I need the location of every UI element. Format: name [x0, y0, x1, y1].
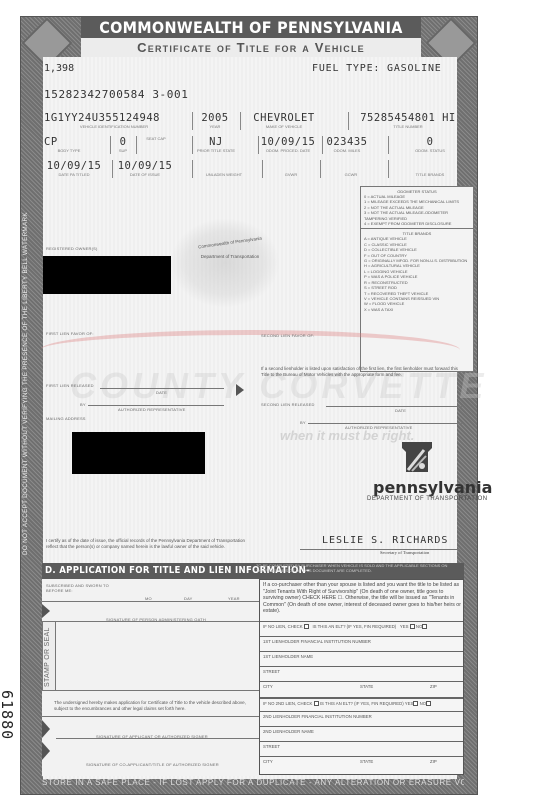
document-number: 15282342700584 3-001: [44, 88, 188, 101]
sup-field: 0 Sup: [112, 136, 134, 153]
side-warning: DO NOT ACCEPT DOCUMENT WITHOUT VERIFYING…: [22, 539, 29, 555]
certification-text: I certify as of the date of issue, the o…: [46, 538, 254, 549]
sign-here-arrow-icon: [42, 604, 50, 618]
first-elt-yes-checkbox[interactable]: [410, 624, 415, 629]
odometer-status-item: 4 = Exempt from Odometer Disclosure: [364, 221, 470, 226]
stamp-box: [56, 621, 259, 691]
second-street-field[interactable]: STREET: [260, 741, 463, 756]
state-seal-watermark: [170, 218, 280, 308]
dealer-slogan-watermark: when it must be right.: [280, 428, 414, 443]
coapplicant-sign-arrow-icon: [42, 742, 50, 760]
control-number: 1,398: [44, 63, 74, 74]
first-city-state-zip-row[interactable]: CITY STATE ZIP: [260, 681, 463, 696]
coapplicant-signature-label: Signature of Co-Applicant/Title of Autho…: [86, 762, 219, 767]
applicant-statement: The undersigned hereby makes application…: [54, 700, 254, 711]
year-field: 2005 Year: [196, 112, 234, 129]
second-fin-field[interactable]: 2ND LIENHOLDER FINANCIAL INSTITUTION NUM…: [260, 711, 463, 726]
sworn-label: Subscribed and Sworn to before me:: [46, 583, 126, 593]
registered-owners-label: Registered Owner(s): [46, 246, 98, 251]
vin-field: 1G1YY24U355124948 Vehicle Identification…: [44, 112, 184, 129]
redacted-owner-name: [43, 256, 171, 294]
second-lien-released-label: Second Lien Released: [261, 402, 315, 407]
second-lien-by-label: By: [300, 420, 306, 425]
second-elt-no-checkbox[interactable]: [426, 701, 431, 706]
applicant-sign-arrow-icon: [42, 720, 50, 738]
document-title: COMMONWEALTH OF PENNSYLVANIA: [81, 17, 421, 38]
survivorship-text: If a co-purchaser other than your spouse…: [263, 582, 461, 615]
second-city-state-zip-row[interactable]: CITY STATE ZIP: [260, 756, 463, 775]
second-lien-date-label: Date: [395, 408, 406, 413]
date-of-issue-field: 10/09/15 Date of Issue: [114, 160, 176, 177]
second-lien-authorized-rep-label: Authorized Representative: [345, 425, 413, 430]
first-street-field[interactable]: STREET: [260, 666, 463, 681]
first-lien-favor-label: First Lien Favor Of:: [46, 331, 94, 336]
odometer-status-item: 3 = Not the Actual Mileage-Odometer Tamp…: [364, 210, 470, 221]
secretary-title: Secretary of Transportation: [380, 550, 429, 555]
first-lien-date-label: Date: [156, 390, 167, 395]
no-lien-checkbox[interactable]: [304, 624, 309, 629]
second-lien-favor-label: Second Lien Favor Of:: [261, 333, 314, 338]
gvwr-field: GVWR: [264, 160, 318, 177]
stamp-or-seal-label: STAMP OR SEAL: [44, 621, 56, 687]
odometer-date-field: 10/09/15 Odom. Proced. Date: [260, 136, 316, 153]
seat-cap-field: Seat Cap: [138, 136, 174, 141]
applicant-signature-label: Signature of Applicant or Authorized Sig…: [96, 734, 208, 739]
first-lien-released-label: First Lien Released: [46, 383, 94, 388]
make-field: CHEVROLET Make of Vehicle: [244, 112, 324, 129]
date-pa-titled-field: 10/09/15 Date PA Titled: [44, 160, 104, 177]
mailing-address-label: Mailing Address: [46, 416, 86, 421]
arrow-icon: [236, 384, 244, 396]
title-brands-field: Title Brands: [396, 160, 464, 177]
first-lienholder-name-field[interactable]: 1ST LIENHOLDER NAME: [260, 651, 463, 666]
handwritten-number: 61880: [0, 690, 16, 706]
car-silhouette-watermark: [40, 330, 460, 370]
footer-warning: STORE IN A SAFE PLACE - IF LOST APPLY FO…: [42, 776, 464, 790]
first-lien-by-label: By: [80, 402, 86, 407]
keystone-logo-icon: [400, 440, 434, 476]
section-d-note: To be completed by purchaser when vehicl…: [256, 564, 456, 574]
document-subtitle: Certificate of Title for a Vehicle: [81, 38, 421, 58]
no-2nd-lien-checkbox[interactable]: [314, 701, 319, 706]
first-lien-authorized-rep-label: Authorized Representative: [118, 407, 186, 412]
second-lien-check-row: IF NO 2ND LIEN, CHECK IS THIS AN ELT? (I…: [260, 697, 463, 711]
lienholder-info-box: If a co-purchaser other than your spouse…: [259, 579, 464, 775]
second-elt-yes-checkbox[interactable]: [413, 701, 418, 706]
odometer-miles-field: 023435 Odom. Miles: [324, 136, 370, 153]
second-lienholder-note: If a second lienholder is listed upon sa…: [261, 366, 461, 377]
seal-subtext: Department of Transportation: [175, 254, 285, 259]
unladen-weight-field: Unladen Weight: [194, 160, 254, 177]
first-fin-field[interactable]: 1ST LIENHOLDER FINANCIAL INSTITUTION NUM…: [260, 636, 463, 651]
first-elt-no-checkbox[interactable]: [422, 624, 427, 629]
penndot-department: DEPARTMENT OF TRANSPORTATION: [367, 496, 488, 502]
title-number-field: 75285454801 HI Title Number: [352, 112, 464, 129]
second-lienholder-name-field[interactable]: 2ND LIENHOLDER NAME: [260, 726, 463, 741]
secretary-name: LESLIE S. RICHARDS: [322, 535, 448, 546]
penndot-name: pennsylvania: [373, 478, 492, 497]
body-type-field: CP Body Type: [44, 136, 94, 153]
redacted-mailing-address: [72, 432, 205, 474]
first-lien-check-row: IF NO LIEN, CHECK IS THIS AN ELT? (IF YE…: [260, 621, 463, 634]
odometer-status-field: 0 Odom. Status: [396, 136, 464, 153]
prior-title-state-field: NJ Prior Title State: [194, 136, 238, 153]
section-d-header: D. APPLICATION FOR TITLE AND LIEN INFORM…: [42, 563, 464, 579]
title-brand-item: X = Was a Taxi: [364, 307, 470, 312]
fuel-type: FUEL TYPE: GASOLINE: [312, 63, 442, 74]
gcwr-field: GCWR: [322, 160, 380, 177]
